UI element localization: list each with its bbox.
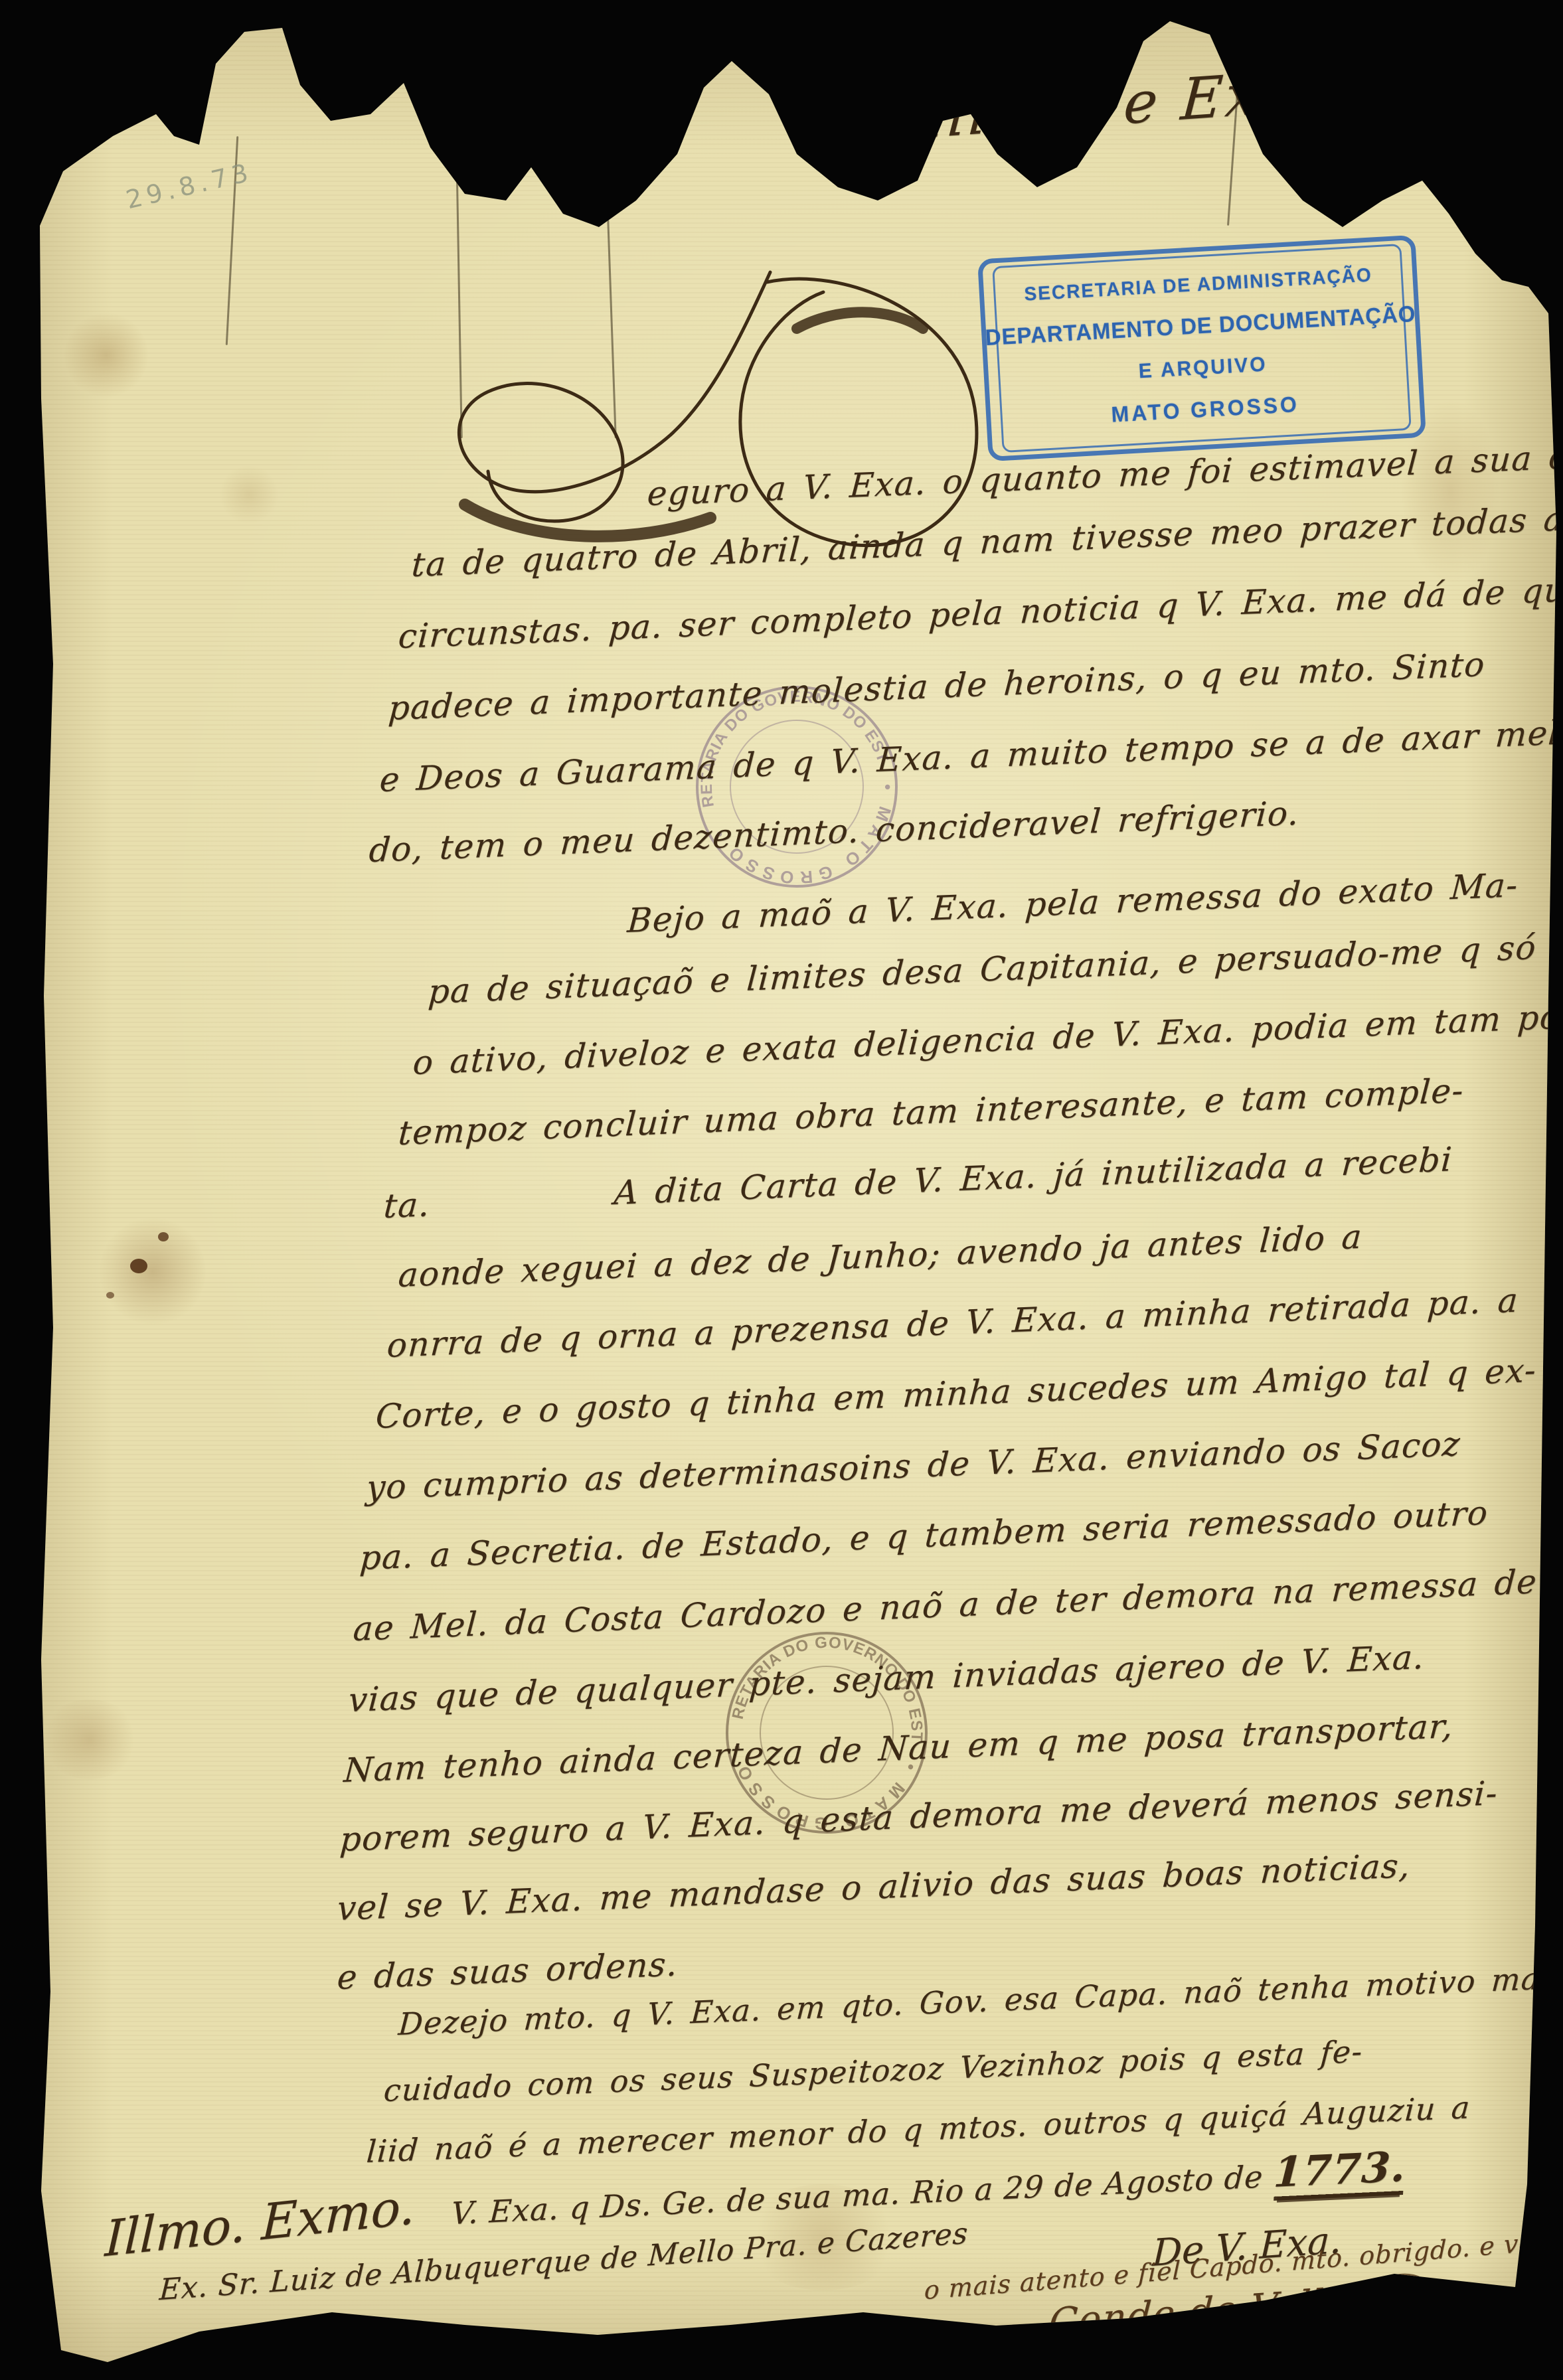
letter-line: A dita Carta de V. Exa. já inutilizada a… [613, 1140, 1453, 1212]
salutation: Illmo. e Exmo. Ser. [920, 43, 1519, 151]
letter-line: e Deos a Guarama de q V. Exa. a muito te… [378, 710, 1563, 799]
date-year-underlined: 1773. [1272, 2142, 1407, 2197]
letter-line: o ativo, diveloz e exata deligencia de V… [412, 994, 1563, 1083]
paper-stain [40, 1700, 139, 1779]
paper-stain [219, 465, 279, 524]
paper-stain [100, 1215, 206, 1328]
letter-line: aonde xeguei a dez de Junho; avendo ja a… [397, 1218, 1364, 1295]
letter-line: tempoz concluir uma obra tam interesante… [397, 1071, 1465, 1152]
archive-stamp-line: MATO GROSSO [1111, 392, 1300, 428]
letter-line: pa. a Secretia. de Estado, e q tambem se… [359, 1494, 1489, 1577]
letter-line: vel se V. Exa. me mandase o alivio das s… [336, 1846, 1412, 1928]
manuscript-paper: 29.8.73 Illmo. e Exmo. Ser. SECRETARIA D… [0, 0, 1563, 2380]
svg-text:SECRETARIA DO GOVERNO DO ESTAD: SECRETARIA DO GOVERNO DO ESTADO [650, 640, 892, 815]
letter-line: yo cumprio as determinasoins de V. Exa. … [365, 1425, 1462, 1507]
letter-line: cuidado com os seus Suspeitozoz Vezinhoz… [382, 2033, 1364, 2108]
archive-stamp-line: E ARQUIVO [1138, 353, 1268, 384]
letter-line: circunstas. pa. ser completo pela notici… [397, 569, 1563, 656]
addressee-honorific: Illmo. Exmo. [104, 2178, 416, 2268]
photo-canvas: 29.8.73 Illmo. e Exmo. Ser. SECRETARIA D… [0, 0, 1563, 2380]
letter-line: ta. [382, 1185, 432, 1226]
archive-stamp-border: SECRETARIA DE ADMINISTRAÇÃO DEPARTAMENTO… [992, 244, 1412, 453]
letter-line: pa de situaçaõ e limites desa Capitania,… [427, 928, 1538, 1011]
letter-line: padece a importante molestia de heroins,… [387, 645, 1487, 728]
ink-spot [106, 1292, 114, 1299]
paper-stain [63, 312, 149, 398]
letter-line: ae Mel. da Costa Cardozo e naõ a de ter … [352, 1561, 1563, 1648]
letter-line: e das suas ordens. [336, 1944, 679, 1997]
pencil-archival-note: 29.8.73 [123, 157, 256, 215]
round-stamp-top-text: SECRETARIA DO GOVERNO DO ESTADO [650, 640, 892, 815]
letter-line: onrra de q orna a prezensa de V. Exa. a … [386, 1281, 1520, 1365]
archive-stamp-line: DEPARTAMENTO DE DOCUMENTAÇÃO [985, 301, 1417, 351]
archive-stamp: SECRETARIA DE ADMINISTRAÇÃO DEPARTAMENTO… [977, 235, 1426, 461]
archive-stamp-line: SECRETARIA DE ADMINISTRAÇÃO [1024, 264, 1373, 305]
ink-spot [130, 1259, 147, 1273]
signature-flourish-icon [1355, 2262, 1467, 2369]
ink-spot [158, 1232, 169, 1241]
letter-line: Corte, e o gosto q tinha em minha sucede… [374, 1351, 1538, 1436]
